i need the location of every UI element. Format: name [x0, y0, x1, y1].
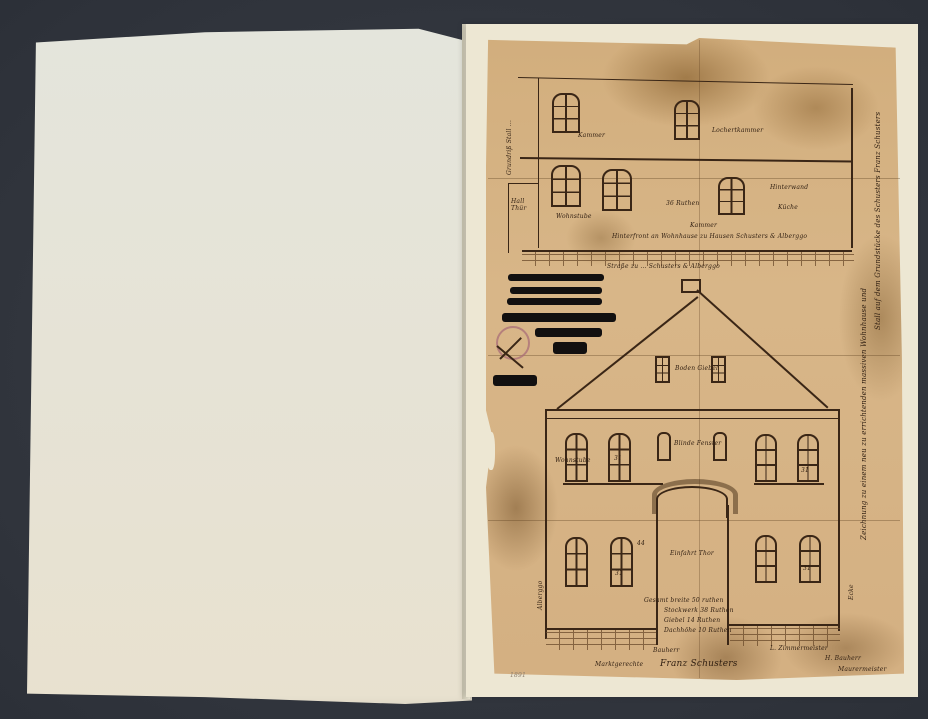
margin-title-line-1: Zeichnung zu einem neu zu errichtenden m…	[860, 288, 868, 540]
pencil-number: 1891	[510, 672, 526, 679]
redaction-bar	[510, 287, 602, 294]
window-number: 31	[803, 565, 811, 572]
paper-damage	[487, 432, 495, 470]
wall-right	[838, 409, 840, 631]
lower-window	[755, 535, 777, 583]
plinth-bricks	[546, 630, 656, 650]
blind-window	[657, 432, 671, 461]
margin-title-line-2: Stall auf dem Grundstücke des Schusters …	[874, 112, 882, 330]
window-number: 44	[637, 540, 645, 547]
label-kitchen: Küche	[778, 204, 798, 211]
upper-window	[755, 434, 777, 482]
redaction-bar	[535, 328, 602, 337]
upper-window	[797, 434, 819, 482]
rear-caption: Hinterfront an Wohnhause zu Hausen Schus…	[612, 233, 807, 240]
gable-label: Boden Giebel	[675, 365, 718, 372]
window	[602, 169, 632, 211]
gateway-left	[656, 505, 658, 645]
label-width-note: 36 Ruthen	[666, 200, 699, 207]
window	[674, 100, 700, 140]
gable-window	[655, 356, 670, 383]
side-label-right: Ecke	[848, 584, 855, 600]
lower-window	[610, 537, 633, 587]
redaction-bar	[493, 375, 537, 386]
window-number: 31	[801, 467, 809, 474]
label-gateway: Einfahrt Thor	[670, 550, 714, 557]
window-number: 31	[614, 455, 622, 462]
gateway-arch	[656, 486, 728, 518]
redaction-bar	[502, 313, 616, 322]
label-blind-windows: Blinde Fenster	[674, 440, 721, 447]
dimension-note: Stockwerk 38 Ruthen	[664, 607, 734, 614]
label-lower-right: Hinterwand	[770, 184, 808, 191]
signature: Franz Schusters	[660, 659, 738, 669]
rear-subcaption: Straße zu ... Schusters & Alberggo	[607, 263, 720, 270]
dimension-note: Dachhöhe 10 Ruthen	[664, 627, 732, 634]
dimension-note: Giebel 14 Ruthen	[664, 617, 720, 624]
label-upper-room: Kammer	[578, 132, 605, 139]
wall-left	[545, 409, 547, 639]
redaction-bar	[508, 274, 604, 281]
lower-window	[799, 535, 821, 583]
redaction-bar	[553, 342, 587, 354]
fold-line	[488, 178, 900, 179]
plinth-bricks	[730, 626, 840, 646]
label-side-door: Hall Thür	[511, 198, 537, 212]
left-vertical-note: Grundriß Stall ...	[506, 120, 513, 175]
label-builder: Bauherr	[653, 647, 679, 654]
label-mason: Maurermeister	[838, 666, 887, 673]
label-living-room: Wohnstube	[556, 213, 592, 220]
label-upper-right: Lochertkammer	[712, 127, 763, 134]
window-number: 31	[615, 570, 623, 577]
left-blank-page	[27, 15, 472, 704]
redaction-bar	[507, 298, 602, 305]
window	[552, 93, 580, 133]
label-carpenter: L. Zimmermeister	[770, 645, 828, 652]
label-owner: H. Bauherr	[825, 655, 861, 662]
lower-window	[565, 537, 588, 587]
measure-note: Gesamt breite 50 ruthen	[644, 597, 724, 604]
window	[718, 177, 745, 215]
side-label-left: Alberggo	[537, 581, 544, 610]
label-middle-room: Kammer	[690, 222, 717, 229]
window	[551, 165, 581, 207]
fold-line	[488, 355, 900, 356]
label-market: Marktgerechte	[595, 661, 643, 668]
label-living-room-front: Wohnstube	[555, 457, 591, 464]
